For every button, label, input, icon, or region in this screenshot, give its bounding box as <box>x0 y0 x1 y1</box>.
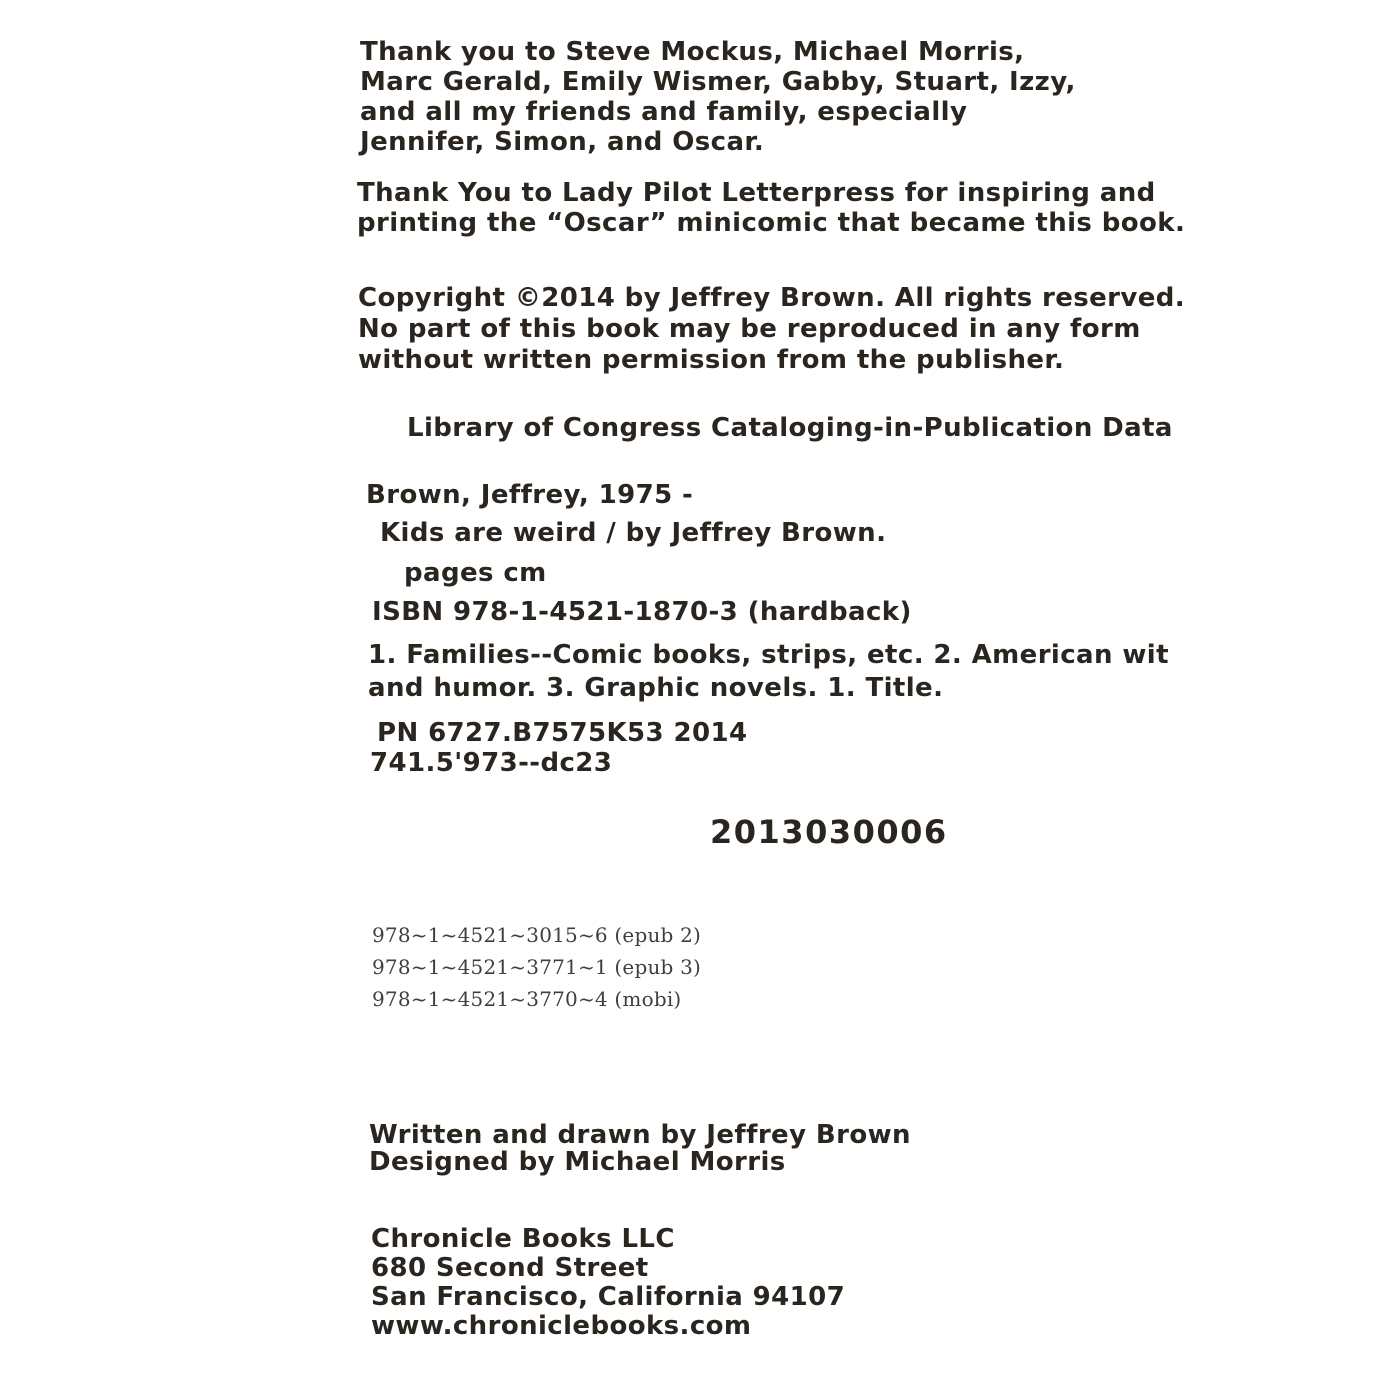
cip-call-number-line: PN 6727.B7575K53 2014 <box>377 718 747 748</box>
acknowledgments-line: and all my friends and family, especiall… <box>360 97 1076 127</box>
copyright-notice-line: without written permission from the publ… <box>358 345 1185 376</box>
cip-dewey-line: 741.5'973--dc23 <box>370 748 612 778</box>
copyright-notice-block: Copyright ©2014 by Jeffrey Brown. All ri… <box>358 283 1185 376</box>
acknowledgments-block: Thank you to Steve Mockus, Michael Morri… <box>360 37 1076 157</box>
acknowledgments-line: Marc Gerald, Emily Wismer, Gabby, Stuart… <box>360 67 1076 97</box>
ebook-isbn-line: 978~1~4521~3770~4 (mobi) <box>372 983 701 1015</box>
copyright-page: Thank you to Steve Mockus, Michael Morri… <box>0 0 1400 1400</box>
copyright-notice-line: Copyright ©2014 by Jeffrey Brown. All ri… <box>358 283 1185 314</box>
cip-author-line: Brown, Jeffrey, 1975 - <box>366 480 693 510</box>
acknowledgments-line: Jennifer, Simon, and Oscar. <box>360 127 1076 157</box>
cip-pagination-line: pages cm <box>404 558 547 588</box>
letterpress-thanks-line: Thank You to Lady Pilot Letterpress for … <box>357 178 1185 208</box>
copyright-notice-line: No part of this book may be reproduced i… <box>358 314 1185 345</box>
cip-isbn-line: ISBN 978-1-4521-1870-3 (hardback) <box>372 597 912 627</box>
cip-subjects-line: 1. Families--Comic books, strips, etc. 2… <box>368 639 1169 672</box>
letterpress-thanks-line: printing the “Oscar” minicomic that beca… <box>357 208 1185 238</box>
cip-subjects-block: 1. Families--Comic books, strips, etc. 2… <box>368 639 1169 705</box>
ebook-isbn-line: 978~1~4521~3771~1 (epub 3) <box>372 951 701 983</box>
publisher-address-block: Chronicle Books LLC 680 Second Street Sa… <box>371 1225 845 1341</box>
publisher-name-line: Chronicle Books LLC <box>371 1225 845 1254</box>
credits-block: Written and drawn by Jeffrey Brown Desig… <box>369 1122 911 1176</box>
ebook-isbn-line: 978~1~4521~3015~6 (epub 2) <box>372 919 701 951</box>
cip-title-line: Kids are weird / by Jeffrey Brown. <box>380 518 886 548</box>
letterpress-thanks-block: Thank You to Lady Pilot Letterpress for … <box>357 178 1185 238</box>
publisher-street-line: 680 Second Street <box>371 1254 845 1283</box>
loc-cip-heading: Library of Congress Cataloging-in-Public… <box>407 413 1173 443</box>
credits-line: Written and drawn by Jeffrey Brown <box>369 1122 911 1149</box>
cip-subjects-line: and humor. 3. Graphic novels. 1. Title. <box>368 672 1169 705</box>
lccn-number: 2013030006 <box>710 814 948 850</box>
acknowledgments-line: Thank you to Steve Mockus, Michael Morri… <box>360 37 1076 67</box>
publisher-website-line: www.chroniclebooks.com <box>371 1312 845 1341</box>
ebook-isbn-block: 978~1~4521~3015~6 (epub 2) 978~1~4521~37… <box>372 919 701 1015</box>
publisher-city-line: San Francisco, California 94107 <box>371 1283 845 1312</box>
credits-line: Designed by Michael Morris <box>369 1149 911 1176</box>
